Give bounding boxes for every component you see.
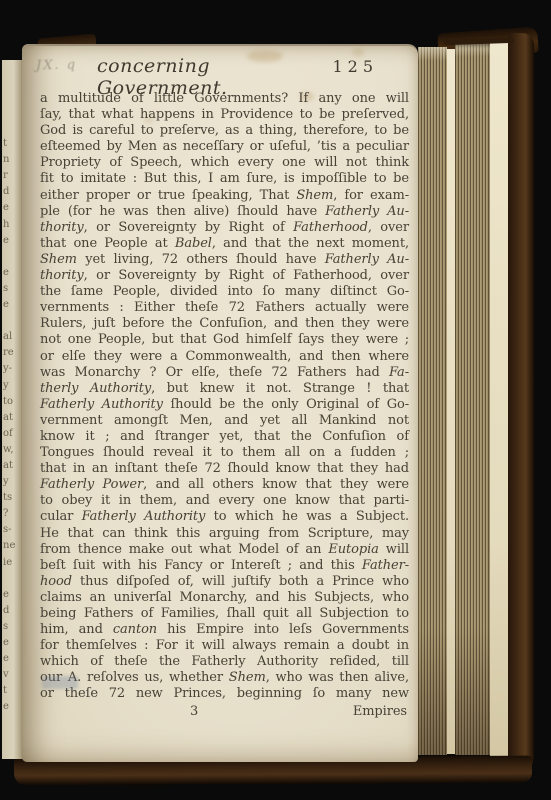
text-line: ſay, that what happens in Providence to … <box>40 107 409 123</box>
library-stamp-smudge <box>42 676 78 689</box>
text-line: Tongues ſhould reveal it to them all on … <box>40 445 409 461</box>
text-line: him, and canton his Empire into leſs Gov… <box>40 622 409 638</box>
text-line: know it ; and ſtranger yet, that the Con… <box>40 429 409 445</box>
text-line: which of theſe the Fatherly Authority re… <box>40 654 409 670</box>
left-page-text-fragments: tnrdeheesealrey-ytoatofw,atyts?s-neieeds… <box>3 120 15 732</box>
text-line: He that can think this arguing from Scri… <box>40 526 409 542</box>
text-line: the ſame People, divided into ſo many di… <box>40 284 409 300</box>
text-line: vernment amongſt Men, and yet all Mankin… <box>40 413 409 429</box>
text-line: from thence make out what Model of an Eu… <box>40 542 409 558</box>
text-line: that one People at Babel, and that the n… <box>40 236 409 252</box>
text-line: not one People, but that God himſelf ſay… <box>40 332 409 348</box>
body-text: a multitude of little Governments? If an… <box>40 91 409 721</box>
book-page: JX. q concerning Government. 125 a multi… <box>22 44 418 762</box>
footer-line: 3Empires <box>40 704 409 721</box>
text-line: either proper or true ſpeaking, That She… <box>40 188 409 204</box>
book-photo: tnrdeheesealrey-ytoatofw,atyts?s-neieeds… <box>0 0 551 800</box>
text-line: or elſe they were a Commonwealth, and th… <box>40 349 409 365</box>
page-number: 125 <box>332 57 378 76</box>
text-line: fit to imitate : But this, I am ſure, is… <box>40 171 409 187</box>
text-line: thority, or Sovereignty by Right of Fath… <box>40 268 409 284</box>
text-line: Shem yet living, 72 others ſhould have F… <box>40 252 409 268</box>
text-line: our A. reſolves us, whether Shem, who wa… <box>40 670 409 686</box>
text-line: therly Authority, but knew it not. Stran… <box>40 381 409 397</box>
text-line: beſt ſuit with his Fancy or Intereſt ; a… <box>40 558 409 574</box>
text-line: eſteemed by Men as neceſſary or uſeful, … <box>40 139 409 155</box>
fore-edge-light-strip <box>447 49 455 754</box>
text-line: for themſelves : For it will always rema… <box>40 638 409 654</box>
text-line: claims an univerſal Monarchy, and his Su… <box>40 590 409 606</box>
text-line: or theſe 72 new Princes, beginning ſo ma… <box>40 686 409 702</box>
text-line: that in an inſtant theſe 72 ſhould know … <box>40 461 409 477</box>
facing-page-edge: tnrdeheesealrey-ytoatofw,atyts?s-neieeds… <box>2 60 23 759</box>
text-line: thority, or Sovereignty by Right of Fath… <box>40 220 409 236</box>
text-line: God is careful to preſerve, as a thing, … <box>40 123 409 139</box>
signature-mark: 3 <box>190 704 198 721</box>
text-line: to obey it in them, and every one know t… <box>40 493 409 509</box>
text-line: Propriety of Speech, which every one wil… <box>40 155 409 171</box>
text-line: vernments : Either theſe 72 Fathers actu… <box>40 300 409 316</box>
fore-edge-pages-inner <box>418 47 447 755</box>
text-line: Fatherly Authority ſhould be the only Or… <box>40 397 409 413</box>
text-line: cular Fatherly Authority to which he was… <box>40 509 409 525</box>
text-line: was Monarchy ? Or elſe, theſe 72 Fathers… <box>40 365 409 381</box>
text-line: Rulers, juſt before the Confuſion, and t… <box>40 316 409 332</box>
book-cover-right <box>507 33 534 773</box>
text-line: ple (for he was then alive) ſhould have … <box>40 204 409 220</box>
text-line: hood thus diſpoſed of, will juſtify both… <box>40 574 409 590</box>
catchword: Empires <box>353 704 407 721</box>
text-line: a multitude of little Governments? If an… <box>40 91 409 107</box>
text-line: Fatherly Power, and all others know that… <box>40 477 409 493</box>
fore-edge-flyleaf <box>490 39 508 757</box>
fore-edge-pages-outer <box>455 43 490 755</box>
text-line: being Fathers of Families, ſhall quit al… <box>40 606 409 622</box>
